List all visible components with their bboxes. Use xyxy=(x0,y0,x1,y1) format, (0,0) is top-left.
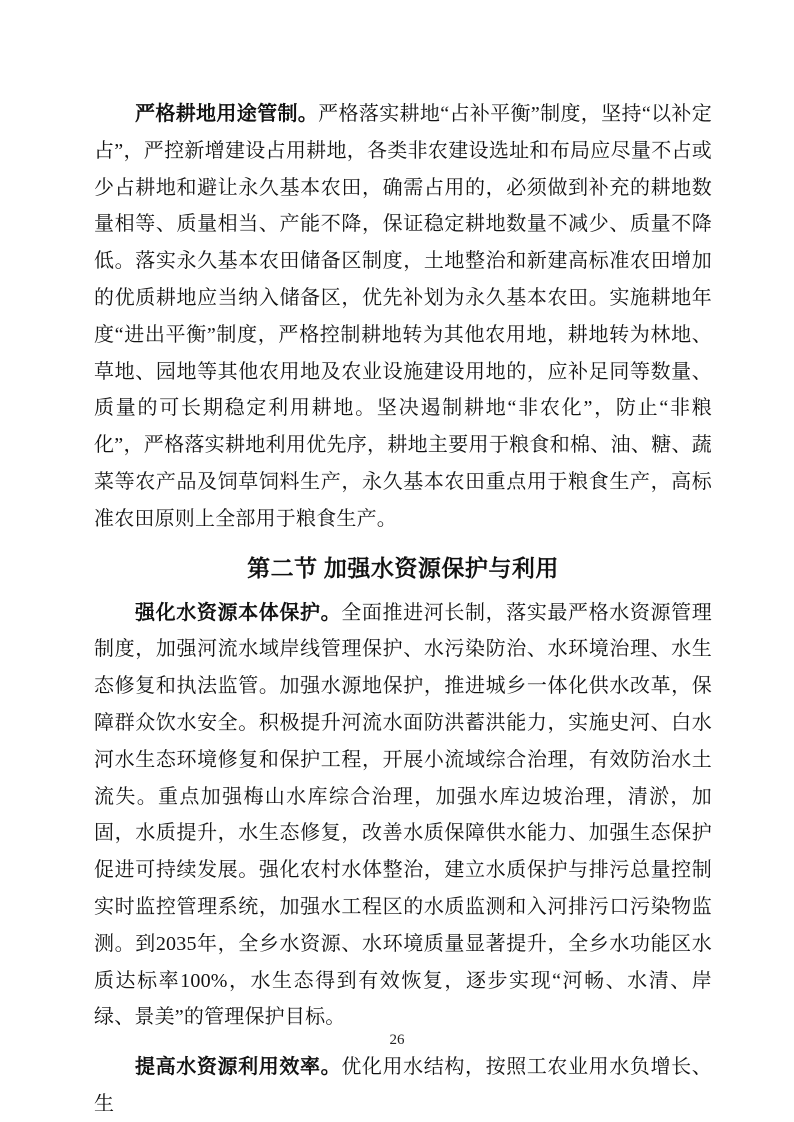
page-content: 严格耕地用途管制。严格落实耕地“占补平衡”制度，坚持“以补定占”，严控新增建设占… xyxy=(94,96,712,1122)
page-number: 26 xyxy=(0,1030,794,1050)
paragraph-land-use-control: 严格耕地用途管制。严格落实耕地“占补平衡”制度，坚持“以补定占”，严控新增建设占… xyxy=(94,96,712,538)
paragraph-water-efficiency: 提高水资源利用效率。优化用水结构，按照工农业用水负增长、生 xyxy=(94,1049,712,1122)
paragraph-water-protection: 强化水资源本体保护。全面推进河长制，落实最严格水资源管理制度，加强河流水域岸线管… xyxy=(94,595,712,1037)
paragraph-land-use-control-body: 严格落实耕地“占补平衡”制度，坚持“以补定占”，严控新增建设占用耕地，各类非农建… xyxy=(94,103,712,530)
paragraph-water-protection-body: 全面推进河长制，落实最严格水资源管理制度，加强河流水域岸线管理保护、水污染防治、… xyxy=(94,602,712,1029)
section-heading: 第二节 加强水资源保护与利用 xyxy=(94,549,712,589)
paragraph-land-use-control-lead: 严格耕地用途管制。 xyxy=(135,103,318,125)
paragraph-water-efficiency-lead: 提高水资源利用效率。 xyxy=(135,1056,341,1078)
paragraph-water-protection-lead: 强化水资源本体保护。 xyxy=(135,602,341,624)
document-page: 严格耕地用途管制。严格落实耕地“占补平衡”制度，坚持“以补定占”，严控新增建设占… xyxy=(0,0,794,1122)
